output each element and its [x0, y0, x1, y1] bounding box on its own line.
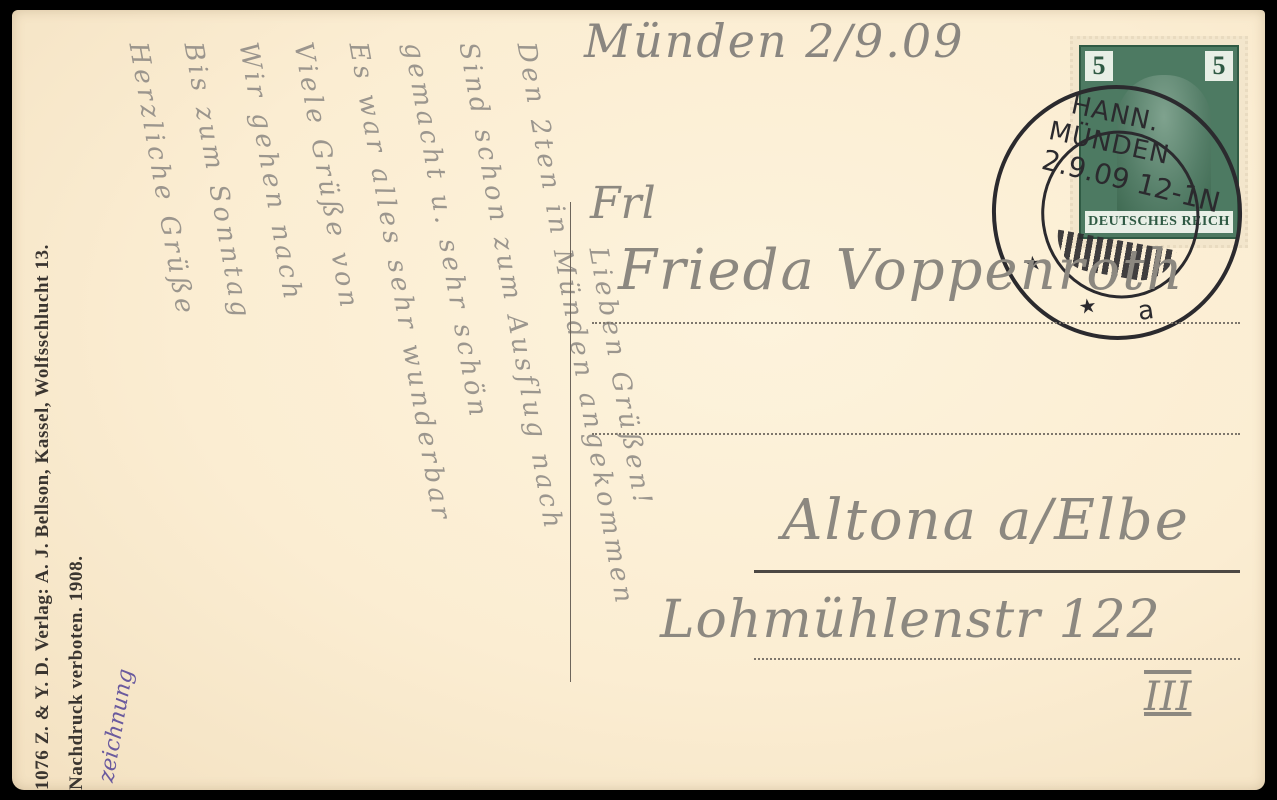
publisher-imprint: 1076 Z. & Y. D. Verlag: A. J. Bellson, K… [26, 244, 94, 790]
address-floor: III [1144, 674, 1191, 720]
place-date-header: Münden 2/9.09 [584, 14, 964, 68]
address-city-underline [754, 570, 1240, 573]
imprint-line-1: 1076 Z. & Y. D. Verlag: A. J. Bellson, K… [26, 244, 60, 790]
address-line-2 [592, 433, 1240, 435]
imprint-line-2: Nachdruck verboten. 1908. [60, 244, 94, 790]
address-line-3 [754, 658, 1240, 660]
purple-ink-annotation: zeichnung [94, 667, 139, 784]
stamp-value-left: 5 [1085, 51, 1113, 81]
address-title: Frl [590, 178, 656, 229]
address-name: Frieda Voppenroth [618, 238, 1185, 303]
message-address-divider [570, 202, 571, 682]
postcard: 1076 Z. & Y. D. Verlag: A. J. Bellson, K… [12, 10, 1265, 790]
stamp-value-right: 5 [1205, 51, 1233, 81]
address-city: Altona a/Elbe [782, 488, 1190, 553]
address-street: Lohmühlenstr 122 [660, 590, 1161, 650]
address-line-1 [592, 322, 1240, 324]
